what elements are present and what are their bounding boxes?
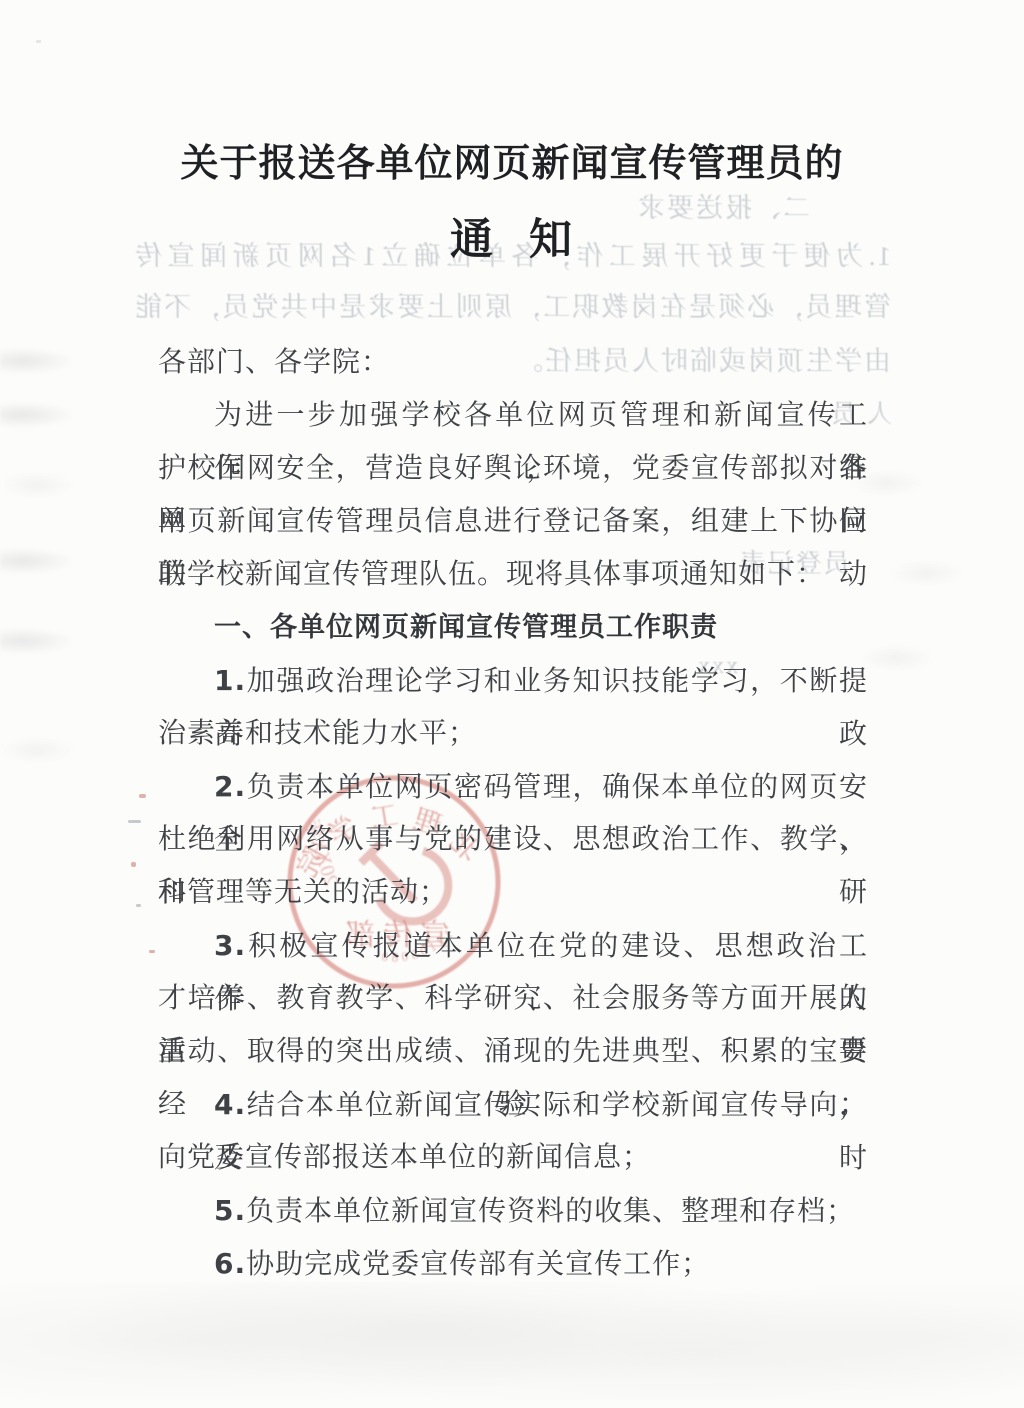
scan-speck [149,950,155,953]
body-line: 5.负责本单位新闻宣传资料的收集、整理和存档； [158,1184,868,1237]
body-line: 4.结合本单位新闻宣传实际和学校新闻宣传导向，及时 [158,1078,868,1131]
scan-smudge [0,472,74,498]
scan-smudge [0,737,74,763]
scan-smudge [0,348,74,374]
body-line: 活动、取得的突出成绩、涌现的先进典型、积累的宝贵经验； [158,1025,868,1078]
scan-speck [36,40,41,43]
bleed-through-text: 管理员，必须是在岗教职工，原则上要求是中共党员，不能 [133,291,891,323]
body-line: 2.负责本单位网页密码管理，确保本单位的网页安全， [158,760,868,813]
body-line: 才培养、教育教学、科学研究、社会服务等方面开展的重要 [158,972,868,1025]
scan-smudge [0,548,74,574]
scan-smudge [890,560,964,586]
body-line: 杜绝利用网络从事与党的建设、思想政治工作、教学、科研 [158,813,868,866]
scan-speck [128,820,141,823]
scan-smudge [0,628,74,654]
scanned-notice-page: 二、报送要求1.为便于更好开展工作，各单位确立1名网页新闻宣传管理员，必须是在岗… [0,0,1024,1408]
scan-speck [136,904,141,907]
scan-smudge [860,645,934,671]
scan-noise-band [0,1282,1024,1400]
scan-smudge [0,402,74,428]
scan-speck [139,794,146,798]
document-title-line1: 关于报送各单位网页新闻宣传管理员的 [96,132,928,187]
body-line: 1.加强政治理论学习和业务知识技能学习，不断提高政 [158,654,868,707]
document-title-line2: 通 知 [96,206,928,267]
body-line: 网页新闻宣传管理员信息进行登记备案，组建上下协同联动 [158,495,868,548]
scan-smudge [850,470,924,496]
body-line: 护校园网安全，营造良好舆论环境，党委宣传部拟对各单位 [158,442,868,495]
document-body: 各部门、各学院：为进一步加强学校各单位网页管理和新闻宣传工作，维护校园网安全，营… [158,336,868,1290]
body-line: 为进一步加强学校各单位网页管理和新闻宣传工作，维 [158,389,868,442]
body-line: 各部门、各学院： [158,336,868,389]
scan-speck [131,862,136,867]
body-line: 的学校新闻宣传管理队伍。现将具体事项通知如下： [158,548,868,601]
section-heading: 一、各单位网页新闻宣传管理员工作职责 [158,601,868,654]
body-line: 3.积极宣传报道本单位在党的建设、思想政治工作、人 [158,919,868,972]
